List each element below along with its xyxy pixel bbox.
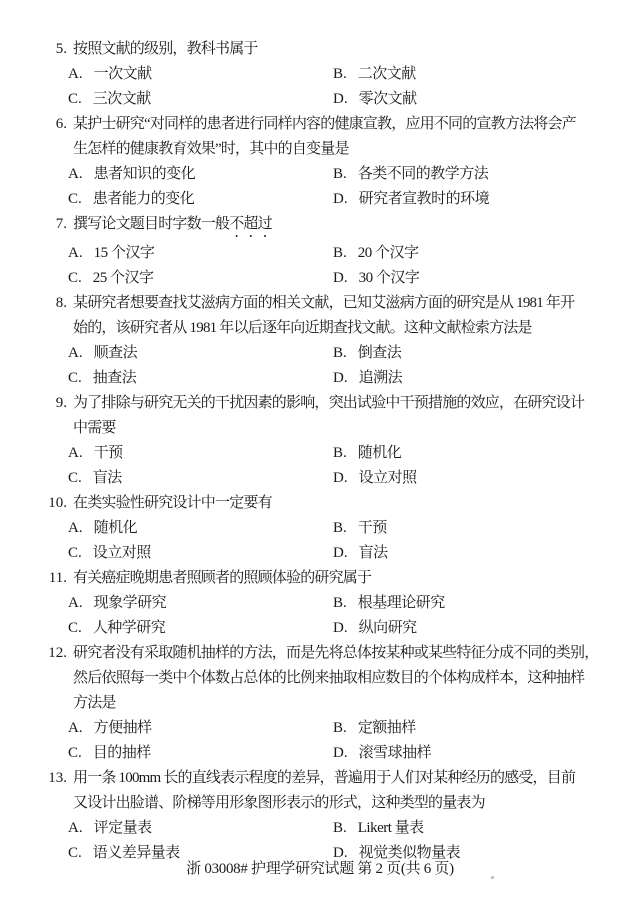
option: B. 定额抽样 <box>333 716 600 741</box>
question-number: 13. <box>30 766 73 791</box>
question-6: 6. 某护士研究“对同样的患者进行同样内容的健康宣教，应用不同的宣教方法将会产 … <box>30 112 600 212</box>
option-label: B. <box>333 341 347 366</box>
option-label: B. <box>333 816 347 841</box>
option-text: 抽查法 <box>93 366 137 391</box>
options-grid: A. 干预 B. 随机化 C. 盲法 D. 设立对照 <box>68 441 600 491</box>
option-label: C. <box>68 741 82 766</box>
question-body: 某护士研究“对同样的患者进行同样内容的健康宣教，应用不同的宣教方法将会产 生怎样… <box>73 112 600 212</box>
option-label: B. <box>333 716 347 741</box>
question-stem-line: 在类实验性研究设计中一定要有 <box>73 491 600 516</box>
option-label: D. <box>333 541 348 566</box>
option-text: 盲法 <box>359 541 388 566</box>
option: D. 零次文献 <box>333 87 600 112</box>
options-grid: A. 一次文献 B. 二次文献 C. 三次文献 D. 零次文献 <box>68 62 600 112</box>
option: A. 现象学研究 <box>68 591 333 616</box>
exam-page: 5. 按照文献的级别，教科书属于 A. 一次文献 B. 二次文献 C. 三次文献 <box>0 0 640 921</box>
option-label: B. <box>333 516 347 541</box>
option: A. 随机化 <box>68 516 333 541</box>
option: B. Likert 量表 <box>333 816 600 841</box>
option-label: C. <box>68 187 82 212</box>
question-stem-line: 始的，该研究者从 1981 年以后逐年向近期查找文献。这种文献检索方法是 <box>73 316 600 341</box>
option-label: A. <box>68 516 83 541</box>
option-text: 追溯法 <box>359 366 403 391</box>
option-text: 二次文献 <box>358 62 416 87</box>
options-grid: A. 顺查法 B. 倒查法 C. 抽查法 D. 追溯法 <box>68 341 600 391</box>
option-text: 干预 <box>358 516 387 541</box>
option: C. 人种学研究 <box>68 616 333 641</box>
option: D. 滚雪球抽样 <box>333 741 600 766</box>
question-stem-line: 某研究者想要查找艾滋病方面的相关文献，已知艾滋病方面的研究是从 1981 年开 <box>73 291 600 316</box>
option: D. 设立对照 <box>333 466 600 491</box>
option: D. 研究者宣教时的环境 <box>333 187 600 212</box>
question-stem-text: 撰写论文题目时字数一般 <box>73 216 229 232</box>
option-text: 三次文献 <box>93 87 151 112</box>
question-stem-line: 方法是 <box>73 691 600 716</box>
option-label: C. <box>68 266 82 291</box>
option-label: A. <box>68 441 83 466</box>
page-footer: 浙 03008# 护理学研究试题 第 2 页(共 6 页) <box>0 859 640 879</box>
question-stem-line: 然后依照每一类中个体数占总体的比例来抽取相应数目的个体构成样本，这种抽样 <box>73 666 600 691</box>
option-text: 30 个汉字 <box>359 266 420 291</box>
option-label: C. <box>68 87 82 112</box>
question-number: 8. <box>30 291 73 316</box>
option-text: 定额抽样 <box>358 716 416 741</box>
question-stem-line: 又设计出脸谱、阶梯等用形象图形表示的形式，这种类型的量表为 <box>73 791 600 816</box>
option-label: B. <box>333 591 347 616</box>
option: C. 抽查法 <box>68 366 333 391</box>
option-text: 研究者宣教时的环境 <box>359 187 490 212</box>
option-text: 15 个汉字 <box>94 241 155 266</box>
option: B. 倒查法 <box>333 341 600 366</box>
option: A. 方便抽样 <box>68 716 333 741</box>
question-number: 12. <box>30 641 73 666</box>
question-9: 9. 为了排除与研究无关的干扰因素的影响，突出试验中干预措施的效应，在研究设计 … <box>30 391 600 491</box>
option-text: 目的抽样 <box>93 741 151 766</box>
question-body: 撰写论文题目时字数一般不超过 A. 15 个汉字 B. 20 个汉字 C. 25… <box>73 212 600 291</box>
question-body: 用一条 100mm 长的直线表示程度的差异，普遍用于人们对某种经历的感受，目前 … <box>73 766 600 866</box>
option-text: 人种学研究 <box>93 616 166 641</box>
option: B. 各类不同的教学方法 <box>333 162 600 187</box>
question-number: 5. <box>30 37 73 62</box>
option: A. 一次文献 <box>68 62 333 87</box>
option: D. 30 个汉字 <box>333 266 600 291</box>
question-number: 7. <box>30 212 73 237</box>
option-text: 倒查法 <box>358 341 402 366</box>
option: C. 患者能力的变化 <box>68 187 333 212</box>
option-text: 纵向研究 <box>359 616 417 641</box>
option-text: 干预 <box>94 441 123 466</box>
option-label: A. <box>68 241 83 266</box>
option-text: 设立对照 <box>93 541 151 566</box>
options-grid: A. 15 个汉字 B. 20 个汉字 C. 25 个汉字 D. 30 个汉字 <box>68 241 600 291</box>
options-grid: A. 方便抽样 B. 定额抽样 C. 目的抽样 D. 滚雪球抽样 <box>68 716 600 766</box>
option: A. 干预 <box>68 441 333 466</box>
option: C. 设立对照 <box>68 541 333 566</box>
option-label: D. <box>333 187 348 212</box>
option: A. 顺查法 <box>68 341 333 366</box>
option-text: Likert 量表 <box>358 816 424 841</box>
question-8: 8. 某研究者想要查找艾滋病方面的相关文献，已知艾滋病方面的研究是从 1981 … <box>30 291 600 391</box>
option: C. 25 个汉字 <box>68 266 333 291</box>
option-text: 随机化 <box>358 441 402 466</box>
option-text: 方便抽样 <box>94 716 152 741</box>
option: C. 三次文献 <box>68 87 333 112</box>
question-number: 10. <box>30 491 73 516</box>
option-label: B. <box>333 162 347 187</box>
question-body: 在类实验性研究设计中一定要有 A. 随机化 B. 干预 C. 设立对照 <box>73 491 600 566</box>
question-stem-line: 有关癌症晚期患者照顾者的照顾体验的研究属于 <box>73 566 600 591</box>
question-body: 为了排除与研究无关的干扰因素的影响，突出试验中干预措施的效应，在研究设计 中需要… <box>73 391 600 491</box>
question-stem-line: 某护士研究“对同样的患者进行同样内容的健康宣教，应用不同的宣教方法将会产 <box>73 112 600 137</box>
option-label: A. <box>68 816 83 841</box>
option-label: C. <box>68 466 82 491</box>
question-stem-line: 为了排除与研究无关的干扰因素的影响，突出试验中干预措施的效应，在研究设计 <box>73 391 600 416</box>
question-body: 有关癌症晚期患者照顾者的照顾体验的研究属于 A. 现象学研究 B. 根基理论研究… <box>73 566 600 641</box>
options-grid: A. 患者知识的变化 B. 各类不同的教学方法 C. 患者能力的变化 D. 研究… <box>68 162 600 212</box>
option-label: A. <box>68 62 83 87</box>
option-text: 25 个汉字 <box>93 266 154 291</box>
question-number: 6. <box>30 112 73 137</box>
option-label: B. <box>333 241 347 266</box>
question-body: 按照文献的级别，教科书属于 A. 一次文献 B. 二次文献 C. 三次文献 <box>73 37 600 112</box>
option-label: D. <box>333 466 348 491</box>
option-text: 根基理论研究 <box>358 591 445 616</box>
option-text: 现象学研究 <box>94 591 167 616</box>
option: B. 干预 <box>333 516 600 541</box>
question-5: 5. 按照文献的级别，教科书属于 A. 一次文献 B. 二次文献 C. 三次文献 <box>30 37 600 112</box>
question-stem-line: 研究者没有采取随机抽样的方法，而是先将总体按某种或某些特征分成不同的类别， <box>73 641 600 666</box>
option-label: B. <box>333 441 347 466</box>
option-label: A. <box>68 162 83 187</box>
option: D. 纵向研究 <box>333 616 600 641</box>
option-text: 盲法 <box>93 466 122 491</box>
option-text: 患者能力的变化 <box>93 187 195 212</box>
option: A. 患者知识的变化 <box>68 162 333 187</box>
option: C. 盲法 <box>68 466 333 491</box>
question-11: 11. 有关癌症晚期患者照顾者的照顾体验的研究属于 A. 现象学研究 B. 根基… <box>30 566 600 641</box>
option: B. 二次文献 <box>333 62 600 87</box>
option-text: 顺查法 <box>94 341 138 366</box>
option-label: C. <box>68 366 82 391</box>
question-13: 13. 用一条 100mm 长的直线表示程度的差异，普遍用于人们对某种经历的感受… <box>30 766 600 866</box>
question-stem-line: 撰写论文题目时字数一般不超过 <box>73 212 600 241</box>
option-text: 患者知识的变化 <box>94 162 196 187</box>
option-label: D. <box>333 616 348 641</box>
question-body: 某研究者想要查找艾滋病方面的相关文献，已知艾滋病方面的研究是从 1981 年开 … <box>73 291 600 391</box>
option-text: 20 个汉字 <box>358 241 419 266</box>
option: D. 追溯法 <box>333 366 600 391</box>
option-text: 设立对照 <box>359 466 417 491</box>
question-stem-line: 用一条 100mm 长的直线表示程度的差异，普遍用于人们对某种经历的感受，目前 <box>73 766 600 791</box>
option-label: A. <box>68 591 83 616</box>
question-body: 研究者没有采取随机抽样的方法，而是先将总体按某种或某些特征分成不同的类别， 然后… <box>73 641 600 766</box>
option-label: A. <box>68 341 83 366</box>
option-label: A. <box>68 716 83 741</box>
option-text: 评定量表 <box>94 816 152 841</box>
question-number: 9. <box>30 391 73 416</box>
scan-speckle <box>491 876 494 879</box>
option-label: D. <box>333 266 348 291</box>
option-text: 随机化 <box>94 516 138 541</box>
question-10: 10. 在类实验性研究设计中一定要有 A. 随机化 B. 干预 C. 设立对照 <box>30 491 600 566</box>
options-grid: A. 随机化 B. 干预 C. 设立对照 D. 盲法 <box>68 516 600 566</box>
question-stem-line: 生怎样的健康教育效果”时，其中的自变量是 <box>73 137 600 162</box>
question-7: 7. 撰写论文题目时字数一般不超过 A. 15 个汉字 B. 20 个汉字 C.… <box>30 212 600 291</box>
option: D. 盲法 <box>333 541 600 566</box>
question-list: 5. 按照文献的级别，教科书属于 A. 一次文献 B. 二次文献 C. 三次文献 <box>30 37 600 866</box>
option-text: 各类不同的教学方法 <box>358 162 489 187</box>
option: C. 目的抽样 <box>68 741 333 766</box>
option-label: C. <box>68 541 82 566</box>
option: B. 随机化 <box>333 441 600 466</box>
option-text: 滚雪球抽样 <box>359 741 432 766</box>
option-text: 零次文献 <box>359 87 417 112</box>
option-label: C. <box>68 616 82 641</box>
option-label: D. <box>333 741 348 766</box>
question-number: 11. <box>30 566 73 591</box>
option: A. 评定量表 <box>68 816 333 841</box>
option: B. 根基理论研究 <box>333 591 600 616</box>
option-label: B. <box>333 62 347 87</box>
option-label: D. <box>333 87 348 112</box>
option: B. 20 个汉字 <box>333 241 600 266</box>
question-12: 12. 研究者没有采取随机抽样的方法，而是先将总体按某种或某些特征分成不同的类别… <box>30 641 600 766</box>
option: A. 15 个汉字 <box>68 241 333 266</box>
option-text: 一次文献 <box>94 62 152 87</box>
emphasis-text: 不超过 <box>229 216 272 232</box>
question-stem-line: 中需要 <box>73 416 600 441</box>
question-stem-line: 按照文献的级别，教科书属于 <box>73 37 600 62</box>
option-label: D. <box>333 366 348 391</box>
options-grid: A. 现象学研究 B. 根基理论研究 C. 人种学研究 D. 纵向研究 <box>68 591 600 641</box>
